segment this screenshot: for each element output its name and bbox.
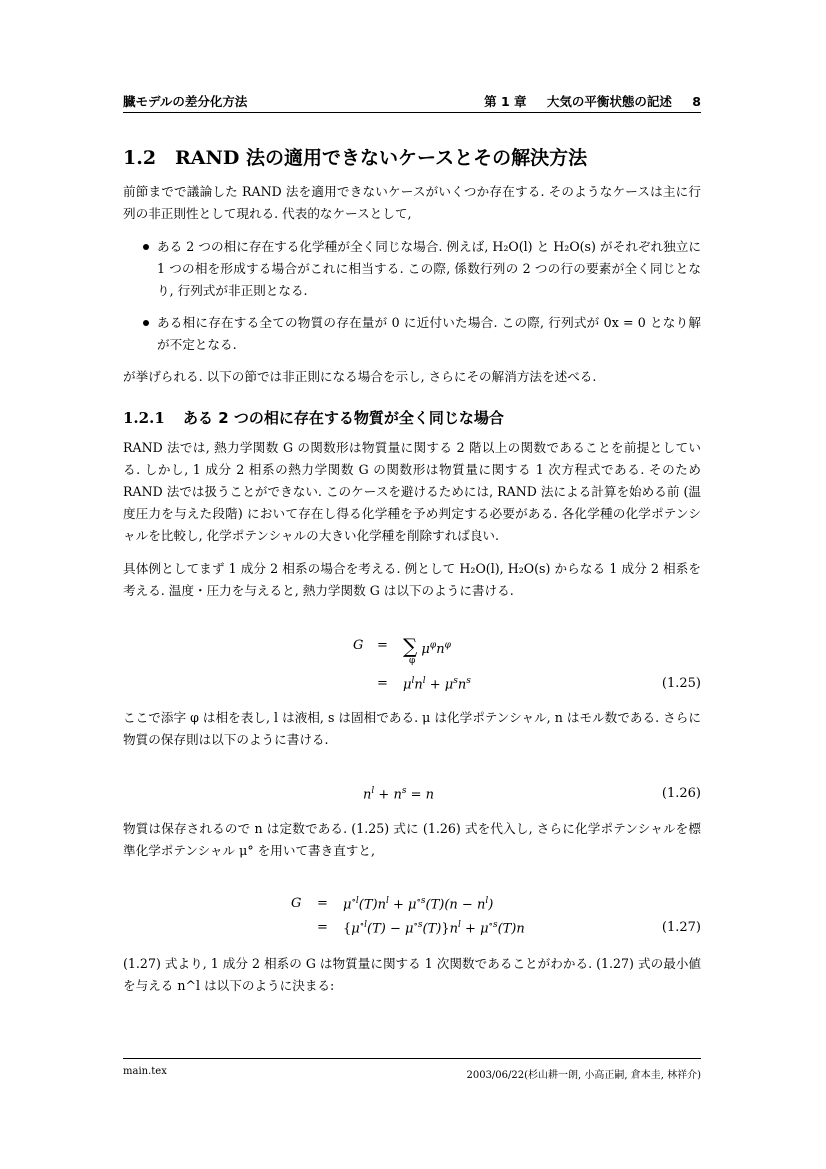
page-number: 8	[692, 94, 701, 109]
bullet-icon	[143, 320, 149, 326]
subsection-heading: 1.2.1ある 2 つの相に存在する物質が全く同じな場合	[123, 407, 504, 428]
sum-symbol: ∑φ	[403, 634, 417, 658]
equation-label: (1.25)	[662, 676, 701, 691]
bullet-list: ある 2 つの相に存在する化学種が全く同じな場合. 例えば, H₂O(l) と …	[123, 236, 701, 356]
section-number: 1.2	[123, 147, 175, 169]
eq-equals: =	[317, 920, 328, 935]
eq-equals: =	[377, 638, 388, 653]
section-title-jp: 法の適用できないケースとその解決方法	[246, 147, 587, 169]
intro-paragraph: 前節までで議論した RAND 法を適用できないケースがいくつか存在する. そのよ…	[123, 181, 701, 225]
paragraph-substitution: 物質は保存されるので n は定数である. (1.25) 式に (1.26) 式を…	[123, 818, 701, 862]
bullet-text: ある相に存在する全ての物質の存在量が 0 に近付いた場合. この際, 行列式が …	[157, 315, 701, 352]
paragraph-conclusion: (1.27) 式より, 1 成分 2 相系の G は物質量に関する 1 次関数で…	[123, 953, 701, 997]
eq-line-2: {μ∘l(T) − μ∘s(T)}nl + μ∘s(T)n	[343, 920, 525, 936]
equation-label: (1.27)	[662, 920, 701, 935]
bullet-item: ある相に存在する全ての物質の存在量が 0 に近付いた場合. この際, 行列式が …	[123, 312, 701, 356]
header-rule	[123, 112, 701, 113]
eq-expression: nl + ns = n	[363, 786, 434, 802]
subsection-number: 1.2.1	[123, 409, 183, 427]
chapter-title: 大気の平衡状態の記述	[547, 94, 672, 109]
eq-line-2: μlnl + μsns	[403, 676, 471, 692]
header-chapter: 第 1 章 大気の平衡状態の記述 8	[468, 92, 701, 110]
paragraph-rand: RAND 法では, 熱力学関数 G の関数形は物質量に関する 2 階以上の関数で…	[123, 437, 701, 547]
header-title: 臓モデルの差分化方法	[123, 92, 247, 110]
bullet-item: ある 2 つの相に存在する化学種が全く同じな場合. 例えば, H₂O(l) と …	[123, 236, 701, 302]
subsection-title: ある 2 つの相に存在する物質が全く同じな場合	[183, 409, 504, 427]
eq-lhs: G	[353, 638, 363, 653]
eq-line-1: ∑φ μφnφ	[403, 634, 451, 658]
footer-credit: 2003/06/22(杉山耕一朗, 小高正嗣, 倉本圭, 林祥介)	[466, 1066, 701, 1081]
eq-lhs: G	[291, 896, 301, 911]
eq-equals: =	[317, 896, 328, 911]
running-header: 臓モデルの差分化方法 第 1 章 大気の平衡状態の記述 8	[123, 92, 701, 112]
equation-1-26: nl + ns = n (1.26)	[123, 786, 701, 808]
section-title-latin: RAND	[175, 147, 239, 169]
bullet-icon	[143, 244, 149, 250]
paragraph-example: 具体例としてまず 1 成分 2 相系の場合を考える. 例として H₂O(l), …	[123, 558, 701, 602]
eq-line-1: μ∘l(T)nl + μ∘s(T)(n − nl)	[343, 896, 493, 912]
after-bullets-paragraph: が挙げられる. 以下の節では非正則になる場合を示し, さらにその解消方法を述べる…	[123, 366, 701, 388]
equation-label: (1.26)	[662, 786, 701, 801]
equation-1-25: G = ∑φ μφnφ = μlnl + μsns (1.25)	[123, 634, 701, 704]
eq-equals: =	[377, 676, 388, 691]
footer-rule	[123, 1058, 701, 1059]
footer-file: main.tex	[123, 1066, 167, 1077]
chapter-number: 第 1 章	[484, 94, 526, 109]
equation-1-27: G = μ∘l(T)nl + μ∘s(T)(n − nl) = {μ∘l(T) …	[123, 896, 701, 942]
section-heading: 1.2RAND 法の適用できないケースとその解決方法	[123, 143, 587, 170]
paragraph-definitions: ここで添字 φ は相を表し, l は液相, s は固相である. μ は化学ポテン…	[123, 707, 701, 751]
bullet-text: ある 2 つの相に存在する化学種が全く同じな場合. 例えば, H₂O(l) と …	[157, 239, 701, 298]
